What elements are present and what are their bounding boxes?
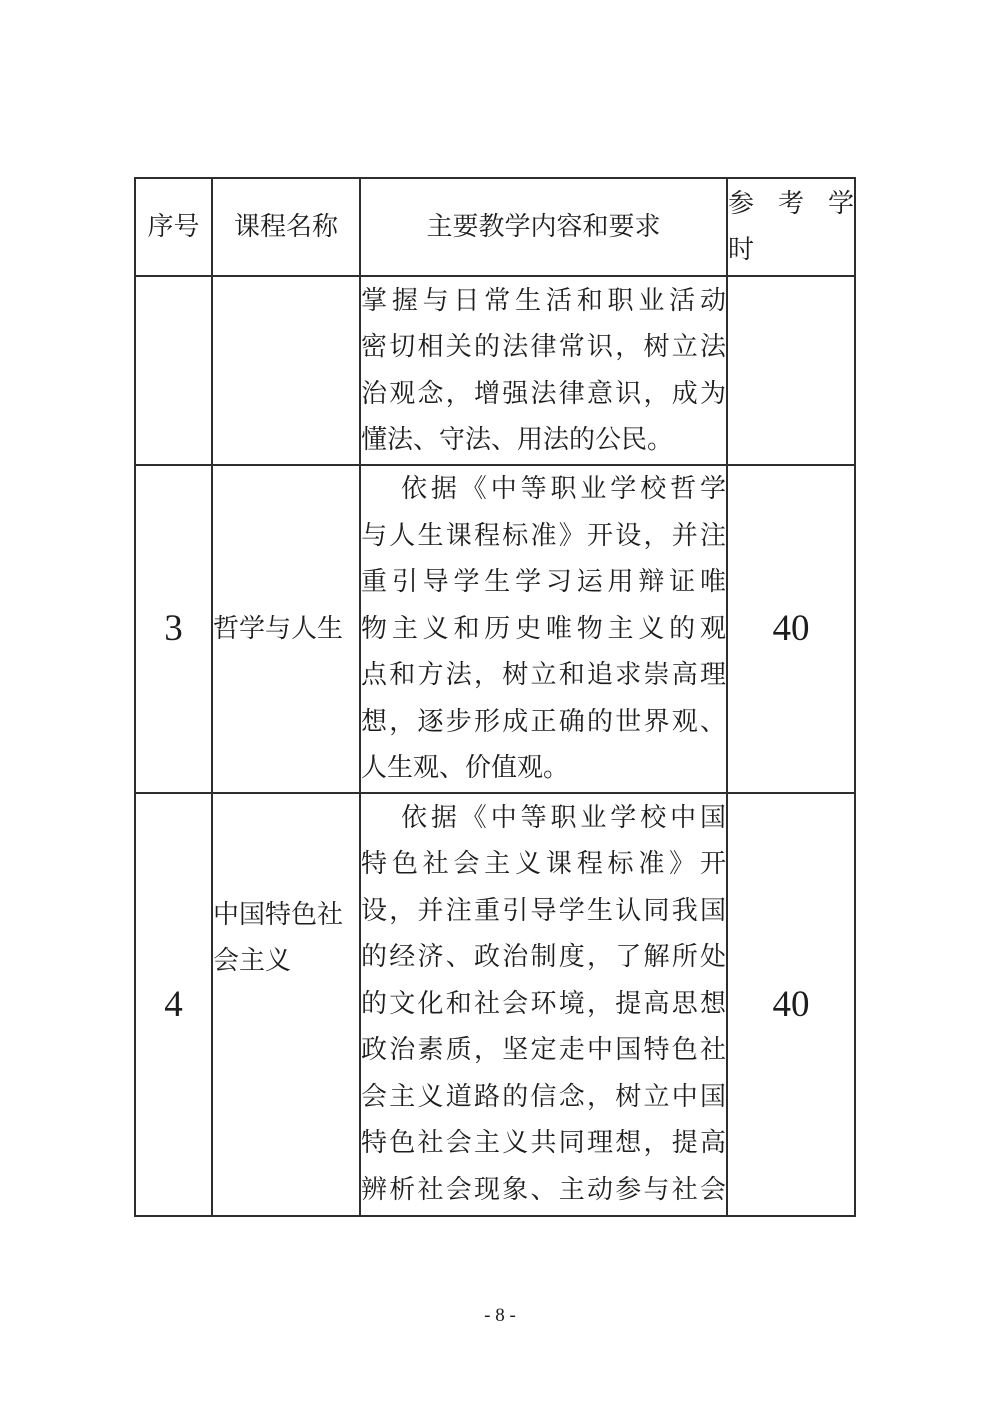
header-label-seq: 序号: [136, 204, 211, 251]
text-line: 辨析社会现象、主动参与社会: [361, 1167, 726, 1214]
page-number: - 8 -: [0, 1305, 1000, 1327]
text-line: 点和方法，树立和追求崇高理: [361, 652, 726, 699]
text-line: 治观念，增强法律意识，成为: [361, 371, 726, 418]
header-cell-content: 主要教学内容和要求: [360, 178, 727, 276]
header-label-content: 主要教学内容和要求: [361, 204, 726, 251]
cell-course: 中国特色社会主义: [212, 793, 360, 1216]
text-line: 会主义: [213, 938, 359, 985]
text-line: 依据《中等职业学校哲学: [361, 466, 726, 513]
text-line: 设，并注重引导学生认同我国: [361, 888, 726, 935]
text-line: 依据《中等职业学校中国: [361, 795, 726, 842]
cell-course: 哲学与人生: [212, 465, 360, 793]
table-row-philosophy: 3 哲学与人生 依据《中等职业学校哲学与人生课程标准》开设，并注重引导学生学习运…: [135, 465, 855, 793]
text-line: 重引导学生学习运用辩证唯: [361, 559, 726, 606]
header-cell-course: 课程名称: [212, 178, 360, 276]
text-line: 特色社会主义课程标准》开: [361, 841, 726, 888]
text-line: 时: [728, 227, 854, 274]
cell-seq: 3: [135, 465, 212, 793]
cell-content: 掌握与日常生活和职业活动密切相关的法律常识，树立法治观念，增强法律意识，成为懂法…: [360, 276, 727, 465]
cell-content: 依据《中等职业学校中国特色社会主义课程标准》开设，并注重引导学生认同我国的经济、…: [360, 793, 727, 1216]
cell-hours: [727, 276, 855, 465]
document-page: 序号 课程名称 主要教学内容和要求 参考学时 掌握与日常生活和职业活动密切相关的…: [0, 0, 1000, 1414]
table-row-socialism: 4 中国特色社会主义 依据《中等职业学校中国特色社会主义课程标准》开设，并注重引…: [135, 793, 855, 1216]
text-line: 掌握与日常生活和职业活动: [361, 278, 726, 325]
cell-course: [212, 276, 360, 465]
text-line: 中国特色社: [213, 892, 359, 939]
text-line: 人生观、价值观。: [361, 745, 726, 792]
cell-hours: 40: [727, 465, 855, 793]
text-line: 会主义道路的信念，树立中国: [361, 1074, 726, 1121]
cell-content: 依据《中等职业学校哲学与人生课程标准》开设，并注重引导学生学习运用辩证唯物主义和…: [360, 465, 727, 793]
text-line: 与人生课程标准》开设，并注: [361, 513, 726, 560]
header-label-course: 课程名称: [213, 204, 359, 251]
cell-hours: 40: [727, 793, 855, 1216]
text-line: 哲学与人生: [213, 606, 359, 653]
cell-seq: 4: [135, 793, 212, 1216]
text-line: 参考学: [728, 181, 854, 228]
text-line: 的文化和社会环境，提高思想: [361, 981, 726, 1028]
text-line: 物主义和历史唯物主义的观: [361, 606, 726, 653]
course-table: 序号 课程名称 主要教学内容和要求 参考学时 掌握与日常生活和职业活动密切相关的…: [134, 177, 856, 1217]
text-line: 懂法、守法、用法的公民。: [361, 417, 726, 464]
header-cell-hours: 参考学时: [727, 178, 855, 276]
text-line: 特色社会主义共同理想，提高: [361, 1120, 726, 1167]
text-line: 想，逐步形成正确的世界观、: [361, 699, 726, 746]
table-row-continuation: 掌握与日常生活和职业活动密切相关的法律常识，树立法治观念，增强法律意识，成为懂法…: [135, 276, 855, 465]
header-cell-seq: 序号: [135, 178, 212, 276]
table-header-row: 序号 课程名称 主要教学内容和要求 参考学时: [135, 178, 855, 276]
cell-seq: [135, 276, 212, 465]
text-line: 密切相关的法律常识，树立法: [361, 324, 726, 371]
text-line: 的经济、政治制度，了解所处: [361, 934, 726, 981]
text-line: 政治素质，坚定走中国特色社: [361, 1027, 726, 1074]
